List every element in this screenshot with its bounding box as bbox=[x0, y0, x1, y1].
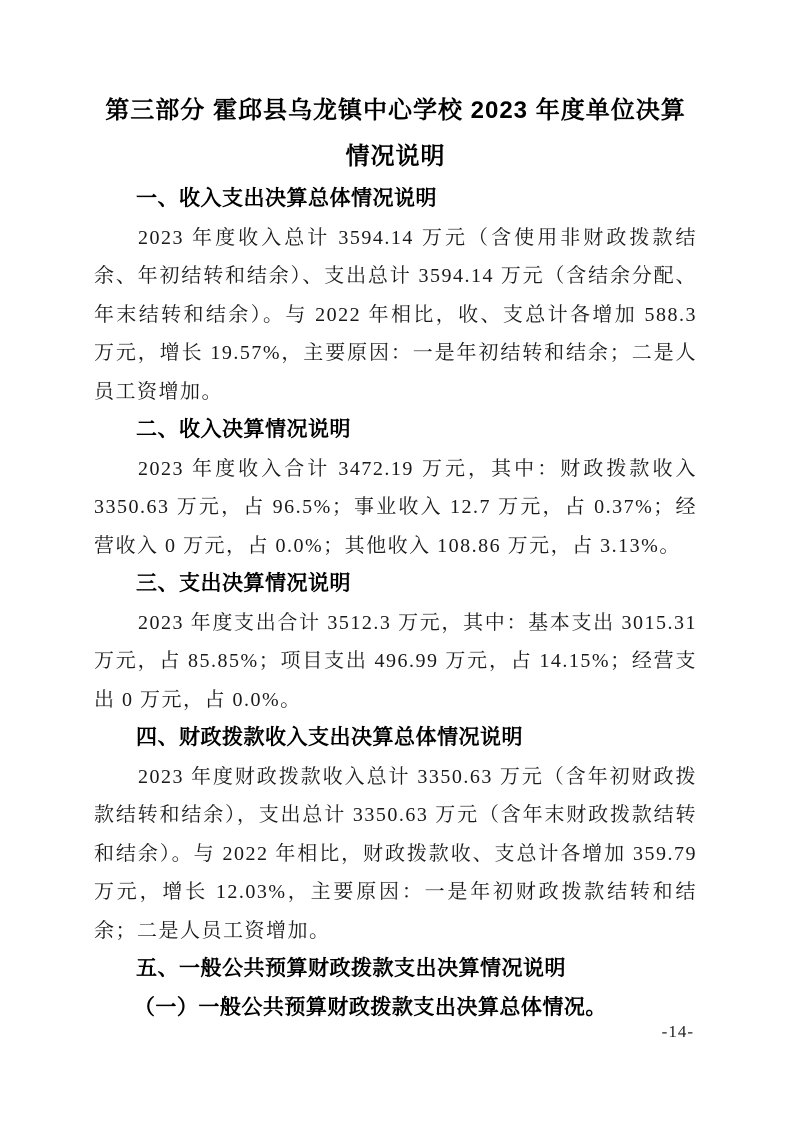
document-page: 第三部分 霍邱县乌龙镇中心学校 2023 年度单位决算情况说明 一、收入支出决算… bbox=[0, 0, 793, 1122]
section-2-paragraph: 2023 年度收入合计 3472.19 万元，其中：财政拨款收入 3350.63… bbox=[94, 450, 697, 566]
section-3-heading: 三、支出决算情况说明 bbox=[94, 565, 697, 604]
section-general-public-budget: 五、一般公共预算财政拨款支出决算情况说明 （一）一般公共预算财政拨款支出决算总体… bbox=[94, 950, 697, 1027]
section-income-statement: 二、收入决算情况说明 2023 年度收入合计 3472.19 万元，其中：财政拨… bbox=[94, 411, 697, 565]
section-4-paragraph: 2023 年度财政拨款收入总计 3350.63 万元（含年初财政拨款结转和结余）… bbox=[94, 758, 697, 951]
section-1-paragraph: 2023 年度收入总计 3594.14 万元（含使用非财政拨款结余、年初结转和结… bbox=[94, 219, 697, 412]
section-2-heading: 二、收入决算情况说明 bbox=[94, 411, 697, 450]
section-4-heading: 四、财政拨款收入支出决算总体情况说明 bbox=[94, 719, 697, 758]
section-1-heading: 一、收入支出决算总体情况说明 bbox=[94, 180, 697, 219]
page-number: -14- bbox=[662, 1022, 694, 1042]
section-fiscal-appropriation-overview: 四、财政拨款收入支出决算总体情况说明 2023 年度财政拨款收入总计 3350.… bbox=[94, 719, 697, 950]
section-5-heading: 五、一般公共预算财政拨款支出决算情况说明 bbox=[94, 950, 697, 989]
document-title: 第三部分 霍邱县乌龙镇中心学校 2023 年度单位决算情况说明 bbox=[94, 88, 697, 180]
section-5-subheading: （一）一般公共预算财政拨款支出决算总体情况。 bbox=[94, 989, 697, 1028]
section-income-expenditure-overview: 一、收入支出决算总体情况说明 2023 年度收入总计 3594.14 万元（含使… bbox=[94, 180, 697, 411]
section-3-paragraph: 2023 年度支出合计 3512.3 万元，其中：基本支出 3015.31 万元… bbox=[94, 604, 697, 720]
section-expenditure-statement: 三、支出决算情况说明 2023 年度支出合计 3512.3 万元，其中：基本支出… bbox=[94, 565, 697, 719]
